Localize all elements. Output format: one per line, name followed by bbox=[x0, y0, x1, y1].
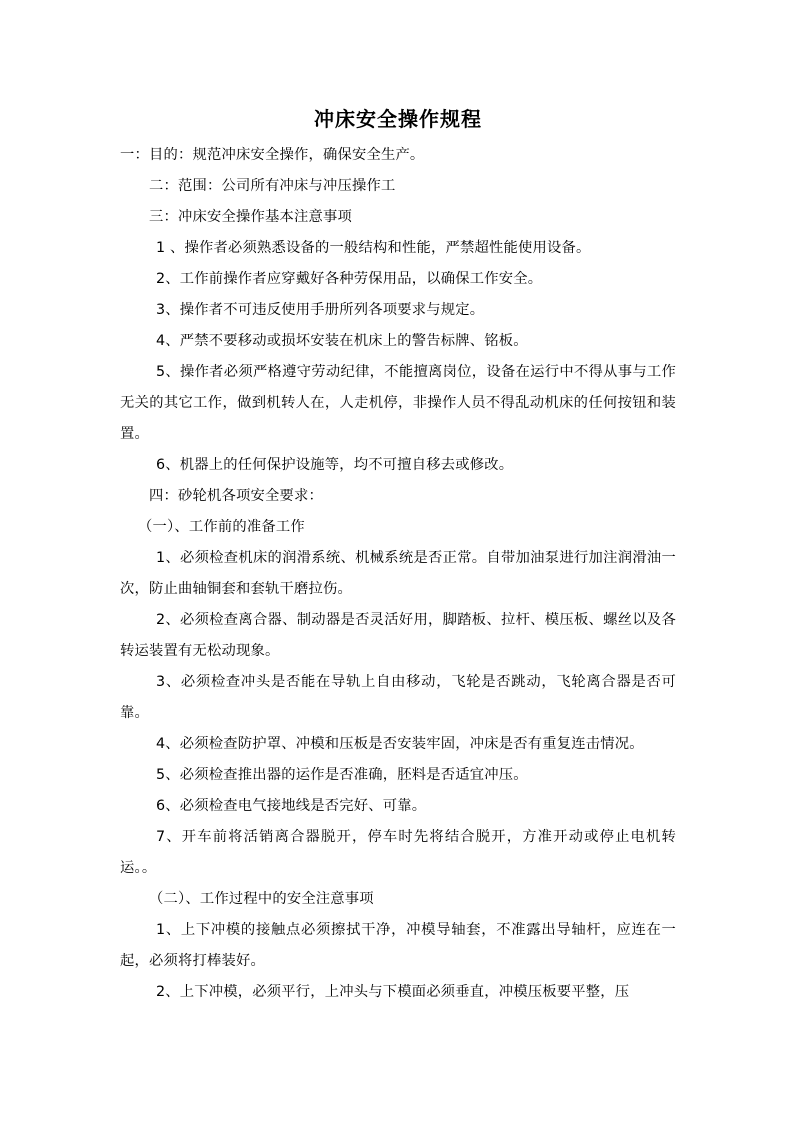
paragraph: 2、工作前操作者应穿戴好各种劳保用品，以确保工作安全。 bbox=[120, 264, 676, 295]
paragraph: 1、必须检查机床的润滑系统、机械系统是否正常。自带加油泵进行加注润滑油一次，防止… bbox=[120, 543, 676, 605]
paragraph: （二）、工作过程中的安全注意事项 bbox=[120, 884, 676, 915]
paragraph: 6、必须检查电气接地线是否完好、可靠。 bbox=[120, 791, 676, 822]
paragraph: （一）、工作前的准备工作 bbox=[120, 512, 676, 543]
paragraph: 4、严禁不要移动或损坏安装在机床上的警告标牌、铭板。 bbox=[120, 326, 676, 357]
paragraph: 二：范围：公司所有冲床与冲压操作工 bbox=[120, 171, 676, 202]
document-title: 冲床安全操作规程 bbox=[120, 104, 676, 134]
paragraph: 1、上下冲模的接触点必须擦拭干净，冲模导轴套，不准露出导轴杆，应连在一起，必须将… bbox=[120, 915, 676, 977]
paragraph: 5、操作者必须严格遵守劳动纪律，不能擅离岗位，设备在运行中不得从事与工作无关的其… bbox=[120, 357, 676, 450]
paragraph: 6、机器上的任何保护设施等，均不可擅自移去或修改。 bbox=[120, 450, 676, 481]
paragraph: 1 、操作者必须熟悉设备的一般结构和性能，严禁超性能使用设备。 bbox=[120, 233, 676, 264]
paragraph: 四：砂轮机各项安全要求： bbox=[120, 481, 676, 512]
paragraph: 5、必须检查推出器的运作是否准确，胚料是否适宜冲压。 bbox=[120, 760, 676, 791]
paragraph: 3、必须检查冲头是否能在导轨上自由移动，飞轮是否跳动，飞轮离合器是否可靠。 bbox=[120, 667, 676, 729]
paragraph: 一：目的：规范冲床安全操作，确保安全生产。 bbox=[120, 140, 676, 171]
paragraph: 2、必须检查离合器、制动器是否灵活好用，脚踏板、拉杆、模压板、螺丝以及各转运装置… bbox=[120, 605, 676, 667]
paragraph: 7、开车前将活销离合器脱开，停车时先将结合脱开，方准开动或停止电机转运。。 bbox=[120, 822, 676, 884]
paragraph: 3、操作者不可违反使用手册所列各项要求与规定。 bbox=[120, 295, 676, 326]
document-body: 一：目的：规范冲床安全操作，确保安全生产。二：范围：公司所有冲床与冲压操作工三：… bbox=[120, 140, 676, 1008]
document-page: 冲床安全操作规程 一：目的：规范冲床安全操作，确保安全生产。二：范围：公司所有冲… bbox=[120, 104, 676, 1008]
paragraph: 4、必须检查防护罩、冲模和压板是否安装牢固，冲床是否有重复连击情况。 bbox=[120, 729, 676, 760]
paragraph: 2、上下冲模，必须平行，上冲头与下模面必须垂直，冲模压板要平整，压 bbox=[120, 977, 676, 1008]
paragraph: 三：冲床安全操作基本注意事项 bbox=[120, 202, 676, 233]
